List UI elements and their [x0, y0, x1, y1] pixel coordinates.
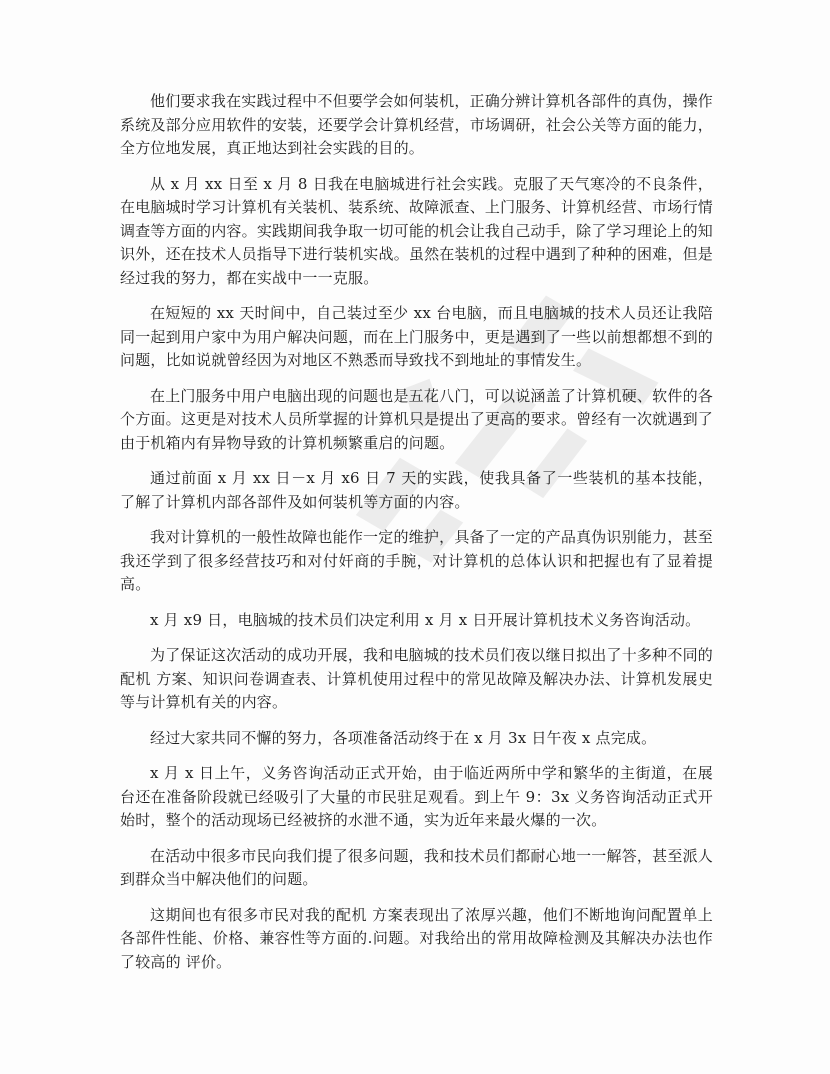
paragraph-9: 经过大家共同不懈的努力，各项准备活动终于在 x 月 3x 日午夜 x 点完成。	[120, 727, 713, 751]
paragraph-10: x 月 x 日上午，义务咨询活动正式开始，由于临近两所中学和繁华的主街道，在展台…	[120, 762, 713, 833]
paragraph-2: 从 x 月 xx 日至 x 月 8 日我在电脑城进行社会实践。克服了天气寒冷的不…	[120, 173, 713, 291]
paragraph-1: 他们要求我在实践过程中不但要学会如何装机，正确分辨计算机各部件的真伪，操作系统及…	[120, 90, 713, 161]
paragraph-5: 通过前面 x 月 xx 日－x 月 x6 日 7 天的实践，使我具备了一些装机的…	[120, 467, 713, 514]
paragraph-3: 在短短的 xx 天时间中，自己装过至少 xx 台电脑，而且电脑城的技术人员还让我…	[120, 302, 713, 373]
paragraph-7: x 月 x9 日，电脑城的技术员们决定利用 x 月 x 日开展计算机技术义务咨询…	[120, 609, 713, 633]
paragraph-8: 为了保证这次活动的成功开展，我和电脑城的技术员们夜以继日拟出了十多种不同的配机 …	[120, 644, 713, 715]
document-body: 他们要求我在实践过程中不但要学会如何装机，正确分辨计算机各部件的真伪，操作系统及…	[120, 90, 713, 986]
paragraph-6: 我对计算机的一般性故障也能作一定的维护，具备了一定的产品真伪识别能力，甚至我还学…	[120, 526, 713, 597]
document-page: 他们要求我在实践过程中不但要学会如何装机，正确分辨计算机各部件的真伪，操作系统及…	[0, 0, 830, 1074]
paragraph-4: 在上门服务中用户电脑出现的问题也是五花八门，可以说涵盖了计算机硬、软件的各个方面…	[120, 385, 713, 456]
paragraph-12: 这期间也有很多市民对我的配机 方案表现出了浓厚兴趣，他们不断地询问配置单上各部件…	[120, 904, 713, 975]
paragraph-11: 在活动中很多市民向我们提了很多问题，我和技术员们都耐心地一一解答，甚至派人到群众…	[120, 845, 713, 892]
